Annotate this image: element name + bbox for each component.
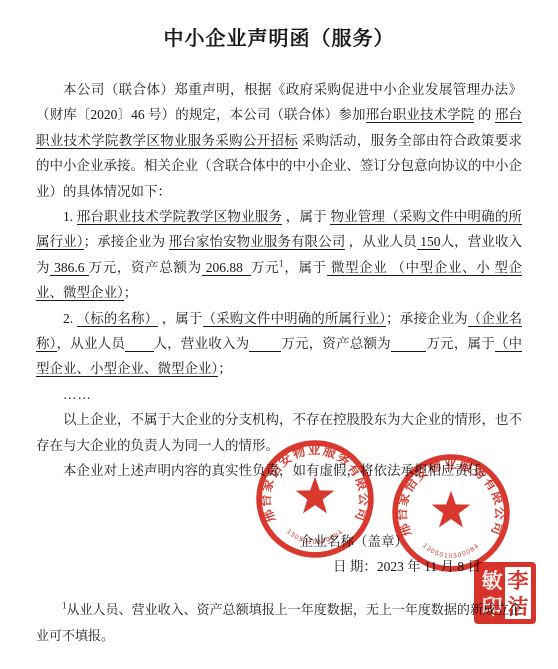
text-segment: ；承接企业为 bbox=[386, 311, 468, 326]
text-segment: 的 bbox=[474, 107, 495, 122]
underlined-field bbox=[249, 336, 281, 352]
seal-character: 洁 bbox=[505, 593, 531, 619]
text-segment: ，从业人员 bbox=[57, 336, 125, 351]
text-segment: 万元，资产总额为 bbox=[281, 336, 390, 351]
company-seal-label: 企业名称（盖章） bbox=[300, 529, 522, 554]
text-segment: ；承接企业为 bbox=[84, 234, 169, 249]
underlined-field: 邢台职业技术学院教学区物业服务 bbox=[77, 209, 282, 225]
text-segment: 2. bbox=[63, 311, 77, 326]
clause-item-1: 1. 邢台职业技术学院教学区物业服务 ，属于 物业管理（采购文件中明确的所属行业… bbox=[36, 204, 522, 306]
text-segment: ，从业人员 bbox=[345, 234, 416, 249]
document-text-block: 本公司（联合体）郑重声明，根据《政府采购促进中小企业发展管理办法》（财库〔202… bbox=[36, 77, 522, 648]
personal-name-seal: 敏 李 印 洁 bbox=[474, 562, 536, 624]
text-segment: 人，营业收入为 bbox=[154, 336, 250, 351]
text-segment: 万元，资产总额为 bbox=[89, 260, 202, 275]
underlined-field: （采购文件中明确的所属行业） bbox=[203, 311, 387, 327]
declaration-document-page: 中小企业声明函（服务） 本公司（联合体）郑重声明，根据《政府采购促进中小企业发展… bbox=[0, 0, 558, 669]
clause-item-2: 2. （标的名称） ，属于（采购文件中明确的所属行业）；承接企业为（企业名称），… bbox=[36, 306, 522, 382]
seal-character: 印 bbox=[479, 593, 505, 619]
text-segment: ； bbox=[124, 285, 138, 300]
seal-character: 敏 bbox=[479, 567, 505, 593]
underlined-field: 邢台家怡安物业服务有限公司 bbox=[169, 234, 346, 250]
closing-paragraph-2: 本企业对上述声明内容的真实性负责，如有虚假，将依法承担相应责任。 bbox=[36, 458, 522, 483]
text-segment: ，属于 bbox=[158, 311, 202, 326]
text-segment: 万元 bbox=[251, 260, 279, 275]
underlined-field: 150 bbox=[417, 234, 441, 250]
underlined-field bbox=[391, 336, 427, 352]
ellipsis-line: …… bbox=[36, 382, 522, 407]
text-segment: ； bbox=[218, 361, 232, 376]
seal-character: 李 bbox=[505, 567, 531, 593]
intro-paragraph: 本公司（联合体）郑重声明，根据《政府采购促进中小企业发展管理办法》（财库〔202… bbox=[36, 77, 522, 204]
text-segment: ，属于 bbox=[282, 209, 330, 224]
document-title: 中小企业声明函（服务） bbox=[36, 22, 522, 51]
underlined-field: （标的名称） bbox=[77, 311, 159, 327]
underlined-field bbox=[125, 336, 153, 352]
text-segment: 1. bbox=[63, 209, 77, 224]
text-segment: ，属于 bbox=[284, 260, 327, 275]
underlined-field: 206.88 bbox=[202, 260, 251, 276]
underlined-field: 邢台职业技术学院 bbox=[366, 107, 475, 123]
document-body: 中小企业声明函（服务） 本公司（联合体）郑重声明，根据《政府采购促进中小企业发展… bbox=[0, 0, 558, 648]
text-segment: 万元，属于 bbox=[426, 336, 494, 351]
closing-paragraph-1: 以上企业，不属于大企业的分支机构，不存在控股股东为大企业的情形，也不存在与大企业… bbox=[36, 407, 522, 458]
text-segment: 从业人员、营业收入、资产总额填报上一年度数据，无上一年度数据的新成立企业可不填报… bbox=[36, 602, 522, 642]
footnote: 1从业人员、营业收入、资产总额填报上一年度数据，无上一年度数据的新成立企业可不填… bbox=[36, 597, 522, 648]
underlined-field: 386.6 bbox=[50, 260, 88, 276]
